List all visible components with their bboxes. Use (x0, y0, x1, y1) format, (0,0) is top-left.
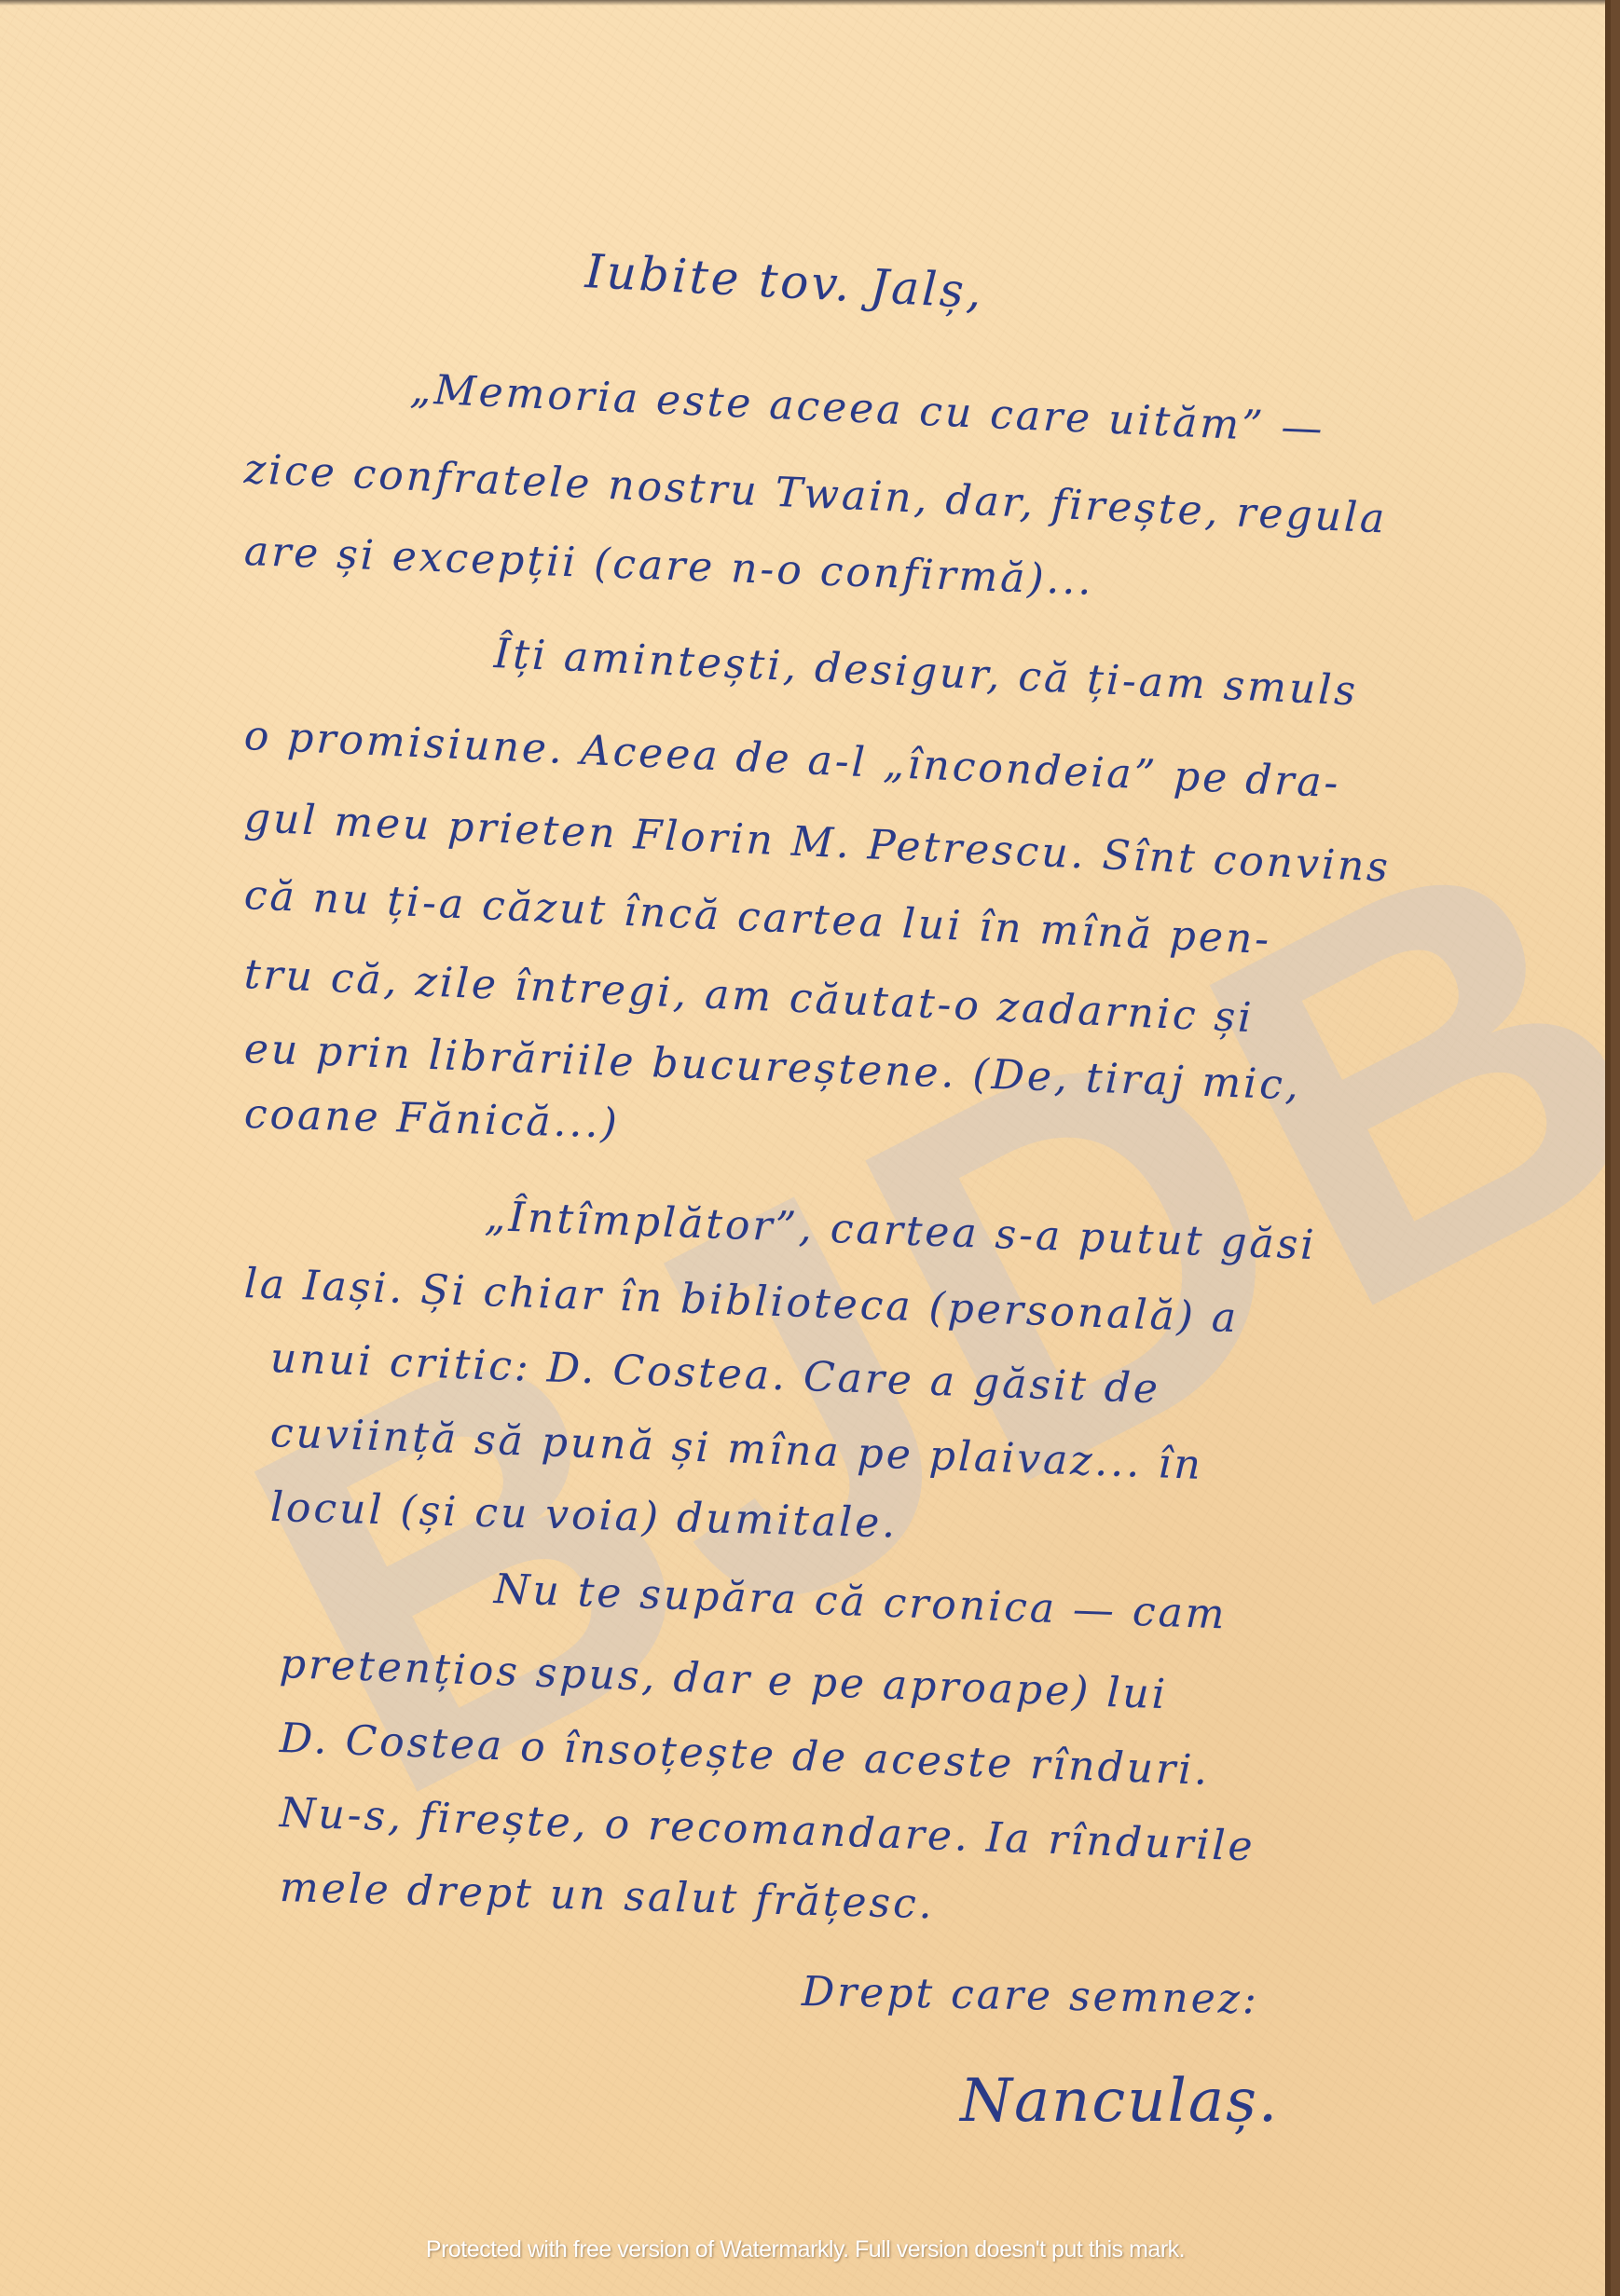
watermarkly-footer-notice: Protected with free version of Watermark… (0, 2236, 1611, 2263)
letter-line-13: unui critic: D. Costea. Care a găsit de (269, 1334, 1161, 1413)
letter-line-15: locul (și cu voia) dumitale. (269, 1483, 899, 1548)
letter-line-14: cuviință să pună și mîna pe plaivaz... î… (269, 1409, 1204, 1489)
letter-line-6: gul meu prieten Florin M. Petrescu. Sînt… (243, 794, 1392, 892)
letter-line-20: mele drept un salut frățesc. (279, 1864, 935, 1928)
scan-top-edge (0, 0, 1605, 6)
letter-line-8: tru că, zile întregi, am căutat-o zadarn… (243, 950, 1255, 1042)
letter-line-7: că nu ți-a căzut încă cartea lui în mînă… (243, 871, 1272, 963)
signature: Nanculaș. (960, 2067, 1279, 2136)
letter-line-16: Nu te supăra că cronica — cam (493, 1565, 1228, 1638)
letter-salutation: Iubite tov. Jalș, (583, 244, 985, 319)
letter-line-19: Nu-s, firește, o recomandare. Ia rînduri… (279, 1789, 1256, 1871)
letter-line-4: Îți amintești, desigur, că ți-am smuls (493, 630, 1359, 715)
letter-line-5: o promisiune. Aceea de a-l „încondeia” p… (243, 712, 1342, 807)
letter-line-17: pretențios spus, dar e pe aproape) lui (279, 1640, 1169, 1718)
letter-line-2: zice confratele nostru Twain, dar, fireș… (243, 445, 1388, 542)
letter-line-18: D. Costea o însoțește de aceste rînduri. (279, 1715, 1211, 1795)
letter-line-3: are și excepții (care n-o confirmă)... (243, 527, 1094, 605)
letter-line-11: „Întîmplător”, cartea s-a putut găsi (484, 1193, 1317, 1269)
letter-line-10: coane Fănică...) (243, 1090, 620, 1148)
letter-line-12: la Iași. Și chiar în biblioteca (persona… (243, 1260, 1240, 1342)
letter-line-1: „Memoria este aceea cu care uităm” — (409, 365, 1326, 453)
letter-page: BJDB Iubite tov. Jalș, „Memoria este ace… (0, 0, 1611, 2296)
letter-closing: Drept care semnez: (802, 1968, 1260, 2024)
